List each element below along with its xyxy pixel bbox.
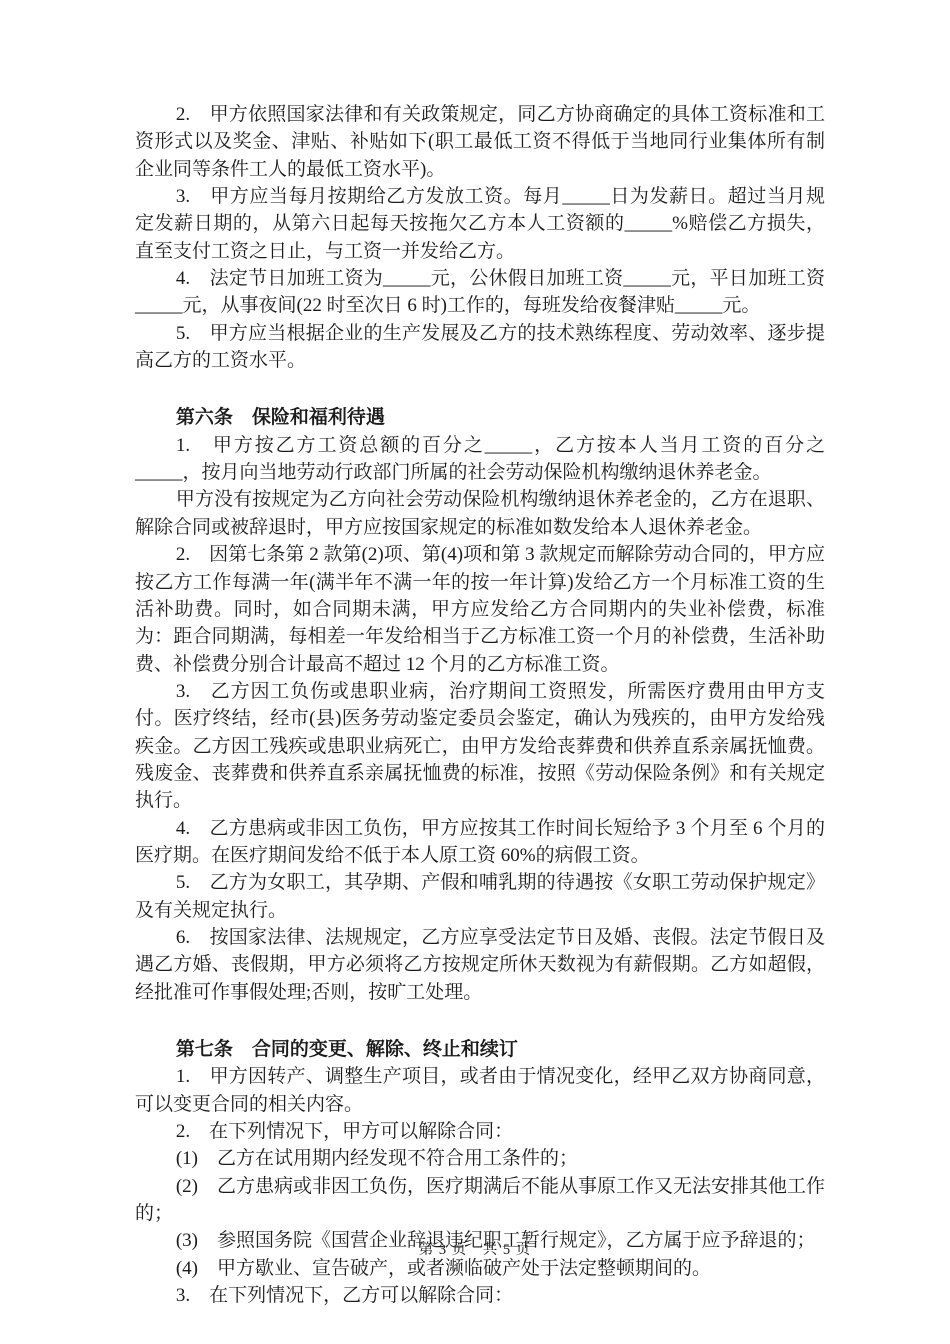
paragraph-contract-change: 1. 甲方因转产、调整生产项目，或者由于情况变化，经甲乙双方协商同意，可以变更合…: [135, 1063, 825, 1118]
contract-body: 2. 甲方依照国家法律和有关政策规定，同乙方协商确定的具体工资标准和工资形式以及…: [135, 101, 825, 1309]
paragraph-pension-contribution: 1. 甲方按乙方工资总额的百分之_____，乙方按本人当月工资的百分之_____…: [135, 432, 825, 487]
paragraph-female-employee: 5. 乙方为女职工，其孕期、产假和哺乳期的待遇按《女职工劳动保护规定》及有关规定…: [135, 869, 825, 924]
employer-termination-condition-2: (2) 乙方患病或非因工负伤，医疗期满后不能从事原工作又无法安排其他工作的；: [135, 1173, 825, 1228]
paragraph-employee-termination-intro: 3. 在下列情况下，乙方可以解除合同：: [135, 1282, 825, 1309]
paragraph-work-injury: 3. 乙方因工负伤或患职业病，治疗期间工资照发，所需医疗费用由甲方支付。医疗终结…: [135, 678, 825, 815]
paragraph-pension-default: 甲方没有按规定为乙方向社会劳动保险机构缴纳退休养老金的，乙方在退职、解除合同或被…: [135, 486, 825, 541]
paragraph-pay-date: 3. 甲方应当每月按期给乙方发放工资。每月_____日为发薪日。超过当月规定发薪…: [135, 183, 825, 265]
paragraph-employer-termination-intro: 2. 在下列情况下，甲方可以解除合同：: [135, 1118, 825, 1145]
paragraph-holidays: 6. 按国家法律、法规规定，乙方应享受法定节日及婚、丧假。法定节假日及遇乙方婚、…: [135, 924, 825, 1006]
paragraph-sick-leave: 4. 乙方患病或非因工负伤，甲方应按其工作时间长短给予 3 个月至 6 个月的医…: [135, 815, 825, 870]
paragraph-overtime-pay: 4. 法定节日加班工资为_____元，公休假日加班工资_____元，平日加班工资…: [135, 265, 825, 320]
article-7-heading: 第七条 合同的变更、解除、终止和续订: [135, 1036, 825, 1063]
employer-termination-condition-1: (1) 乙方在试用期内经发现不符合用工条件的；: [135, 1145, 825, 1172]
paragraph-wage-increase: 5. 甲方应当根据企业的生产发展及乙方的技术熟练程度、劳动效率、逐步提高乙方的工…: [135, 320, 825, 375]
article-6-heading: 第六条 保险和福利待遇: [135, 404, 825, 431]
contract-document-page: 2. 甲方依照国家法律和有关政策规定，同乙方协商确定的具体工资标准和工资形式以及…: [0, 0, 950, 1344]
paragraph-living-subsidy: 2. 因第七条第 2 款第(2)项、第(4)项和第 3 款规定而解除劳动合同的，…: [135, 541, 825, 678]
paragraph-wage-standard: 2. 甲方依照国家法律和有关政策规定，同乙方协商确定的具体工资标准和工资形式以及…: [135, 101, 825, 183]
page-number: 第 3 页 共 5 页: [0, 1238, 950, 1259]
